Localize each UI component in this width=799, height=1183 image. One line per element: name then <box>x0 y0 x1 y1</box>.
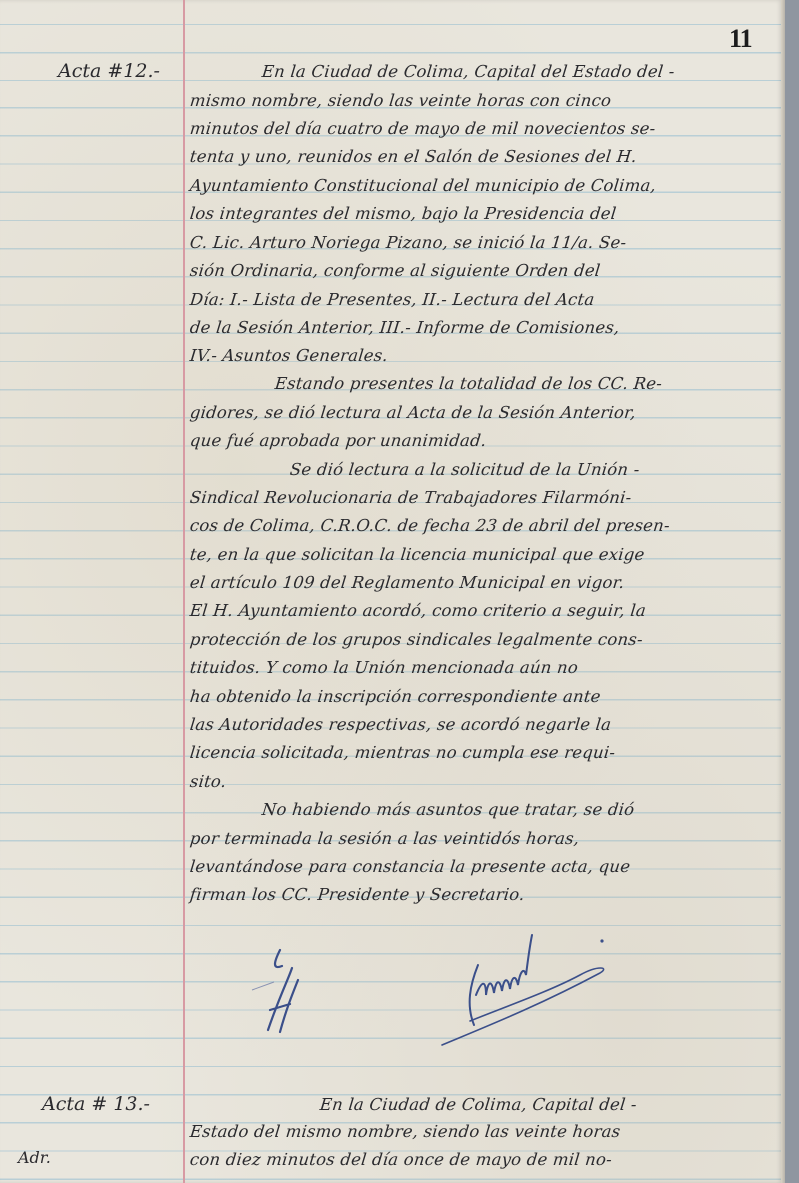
text-line: por terminada la sesión a las veintidós … <box>189 829 580 848</box>
text-line: levantándose para constancia la presente… <box>189 857 631 876</box>
text-line: tituidos. Y como la Unión mencionada aún… <box>189 658 579 677</box>
text-line: IV.- Asuntos Generales. <box>189 346 389 365</box>
acta-13-label: Acta # 13.- <box>42 1093 150 1115</box>
text-line: que fué aprobada por unanimidad. <box>189 431 487 450</box>
text-line: con diez minutos del día once de mayo de… <box>189 1150 613 1169</box>
page-edge <box>781 0 785 1183</box>
text-line: te, en la que solicitan la licencia muni… <box>189 545 646 564</box>
text-line: Estado del mismo nombre, siendo las vein… <box>189 1122 621 1141</box>
margin-line <box>183 0 185 1183</box>
text-line: Se dió lectura a la solicitud de la Unió… <box>289 460 641 479</box>
text-line: En la Ciudad de Colima, Capital del - <box>319 1095 638 1114</box>
page-number: 11 <box>729 24 752 54</box>
margin-note: Adr. <box>18 1148 51 1167</box>
text-line: sito. <box>189 772 227 791</box>
text-line: Día: I.- Lista de Presentes, II.- Lectur… <box>189 290 595 309</box>
text-line: Estando presentes la totalidad de los CC… <box>274 374 663 393</box>
ledger-page: 11 Acta #12.- En la Ciudad de Colima, Ca… <box>0 0 783 1183</box>
text-line: El H. Ayuntamiento acordó, como criterio… <box>189 601 647 620</box>
president-signature <box>250 940 340 1040</box>
text-line: el artículo 109 del Reglamento Municipal… <box>189 573 625 592</box>
text-line: gidores, se dió lectura al Acta de la Se… <box>189 403 637 422</box>
text-line: firman los CC. Presidente y Secretario. <box>189 885 526 904</box>
text-line: En la Ciudad de Colima, Capital del Esta… <box>261 62 676 81</box>
text-line: los integrantes del mismo, bajo la Presi… <box>189 204 617 223</box>
text-line: protección de los grupos sindicales lega… <box>189 630 644 649</box>
text-line: ha obtenido la inscripción correspondien… <box>189 687 602 706</box>
acta-12-label: Acta #12.- <box>58 60 160 82</box>
secretary-signature <box>430 925 630 1055</box>
text-line: licencia solicitada, mientras no cumpla … <box>189 743 616 762</box>
text-line: tenta y uno, reunidos en el Salón de Ses… <box>189 147 638 166</box>
text-line: Sindical Revolucionaria de Trabajadores … <box>189 488 632 507</box>
text-line: C. Lic. Arturo Noriega Pizano, se inició… <box>189 233 627 252</box>
text-line: de la Sesión Anterior, III.- Informe de … <box>189 318 621 337</box>
text-line: las Autoridades respectivas, se acordó n… <box>189 715 612 734</box>
text-line: mismo nombre, siendo las veinte horas co… <box>189 91 612 110</box>
text-line: Ayuntamiento Constitucional del municipi… <box>189 176 657 195</box>
text-line: minutos del día cuatro de mayo de mil no… <box>189 119 656 138</box>
text-line: No habiendo más asuntos que tratar, se d… <box>261 800 635 819</box>
text-line: cos de Colima, C.R.O.C. de fecha 23 de a… <box>189 516 671 535</box>
text-line: sión Ordinaria, conforme al siguiente Or… <box>189 261 601 280</box>
